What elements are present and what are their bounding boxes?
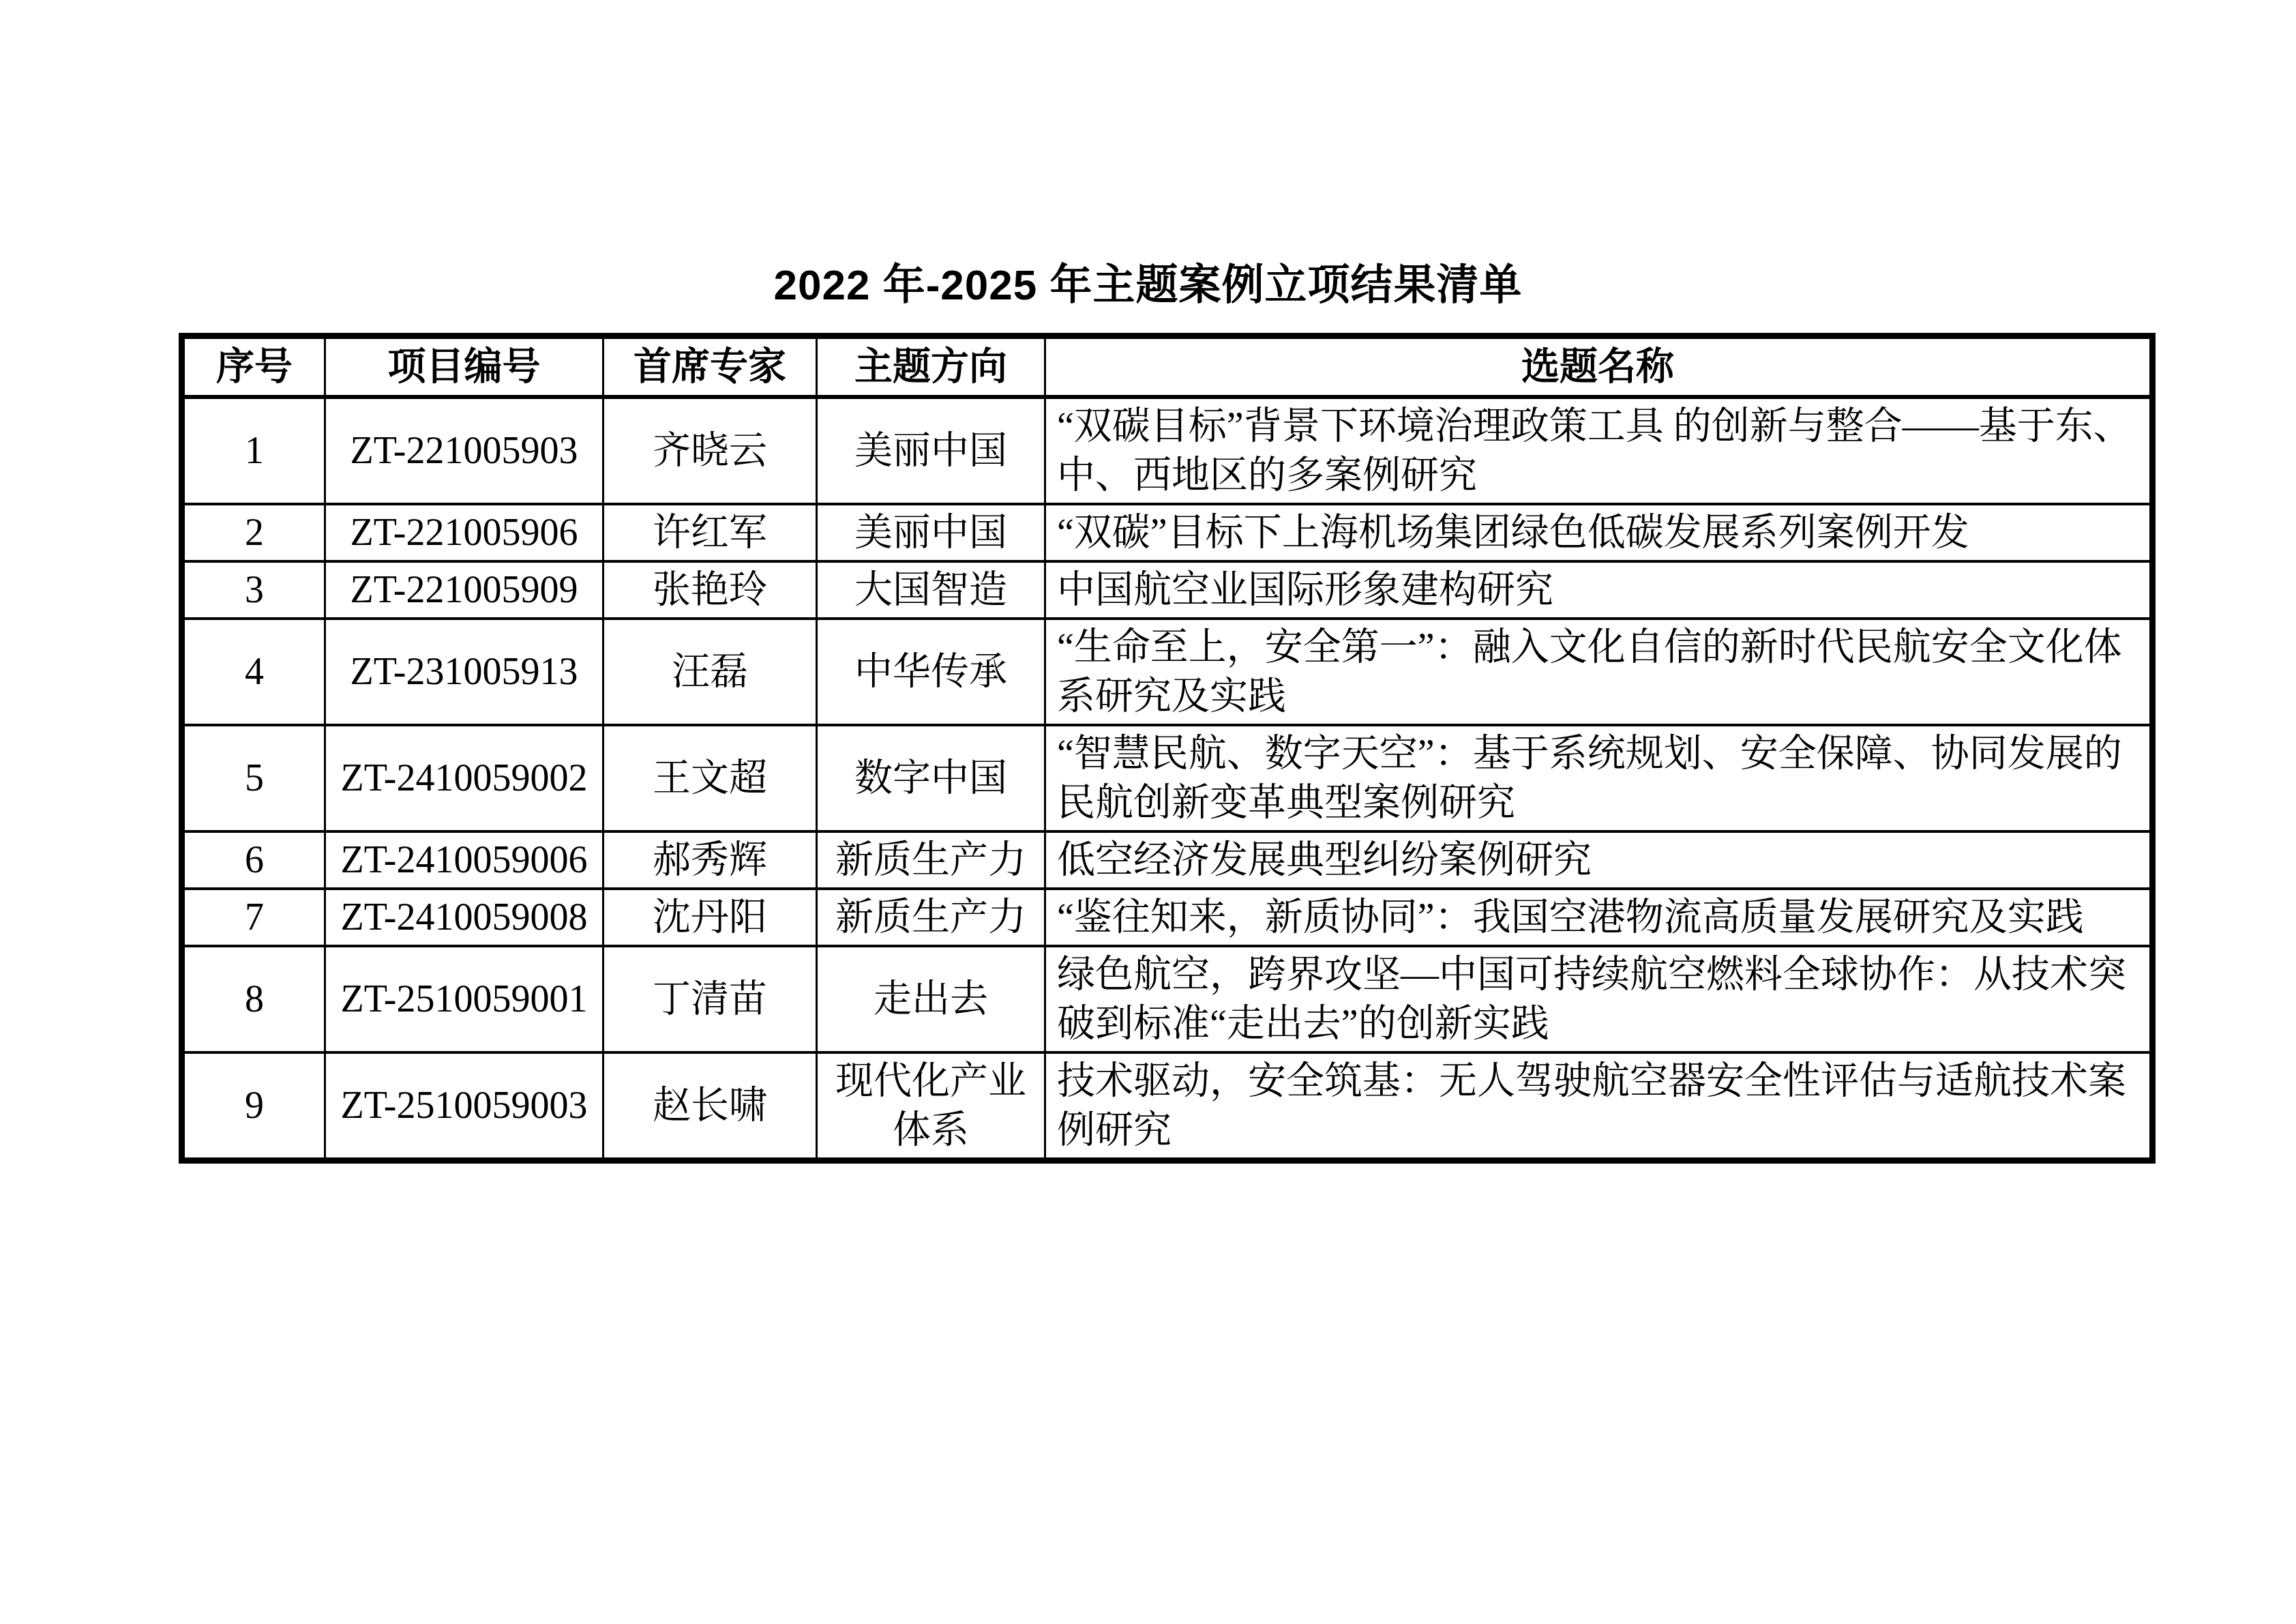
cell-chief-expert: 郝秀辉 [603,831,817,889]
cell-seq: 7 [182,889,325,946]
table-row: 5 ZT-2410059002 王文超 数字中国 “智慧民航、数字天空”：基于系… [182,725,2153,831]
cell-theme-direction: 走出去 [817,946,1045,1052]
cell-project-id: ZT-221005903 [325,397,603,504]
cell-topic-name: “智慧民航、数字天空”：基于系统规划、安全保障、协同发展的民航创新变革典型案例研… [1045,725,2153,831]
cell-project-id: ZT-2410059006 [325,831,603,889]
cell-topic-name: 技术驱动，安全筑基：无人驾驶航空器安全性评估与适航技术案例研究 [1045,1052,2153,1161]
cell-topic-name: 中国航空业国际形象建构研究 [1045,561,2153,619]
results-table: 序号 项目编号 首席专家 主题方向 选题名称 1 ZT-221005903 齐晓… [179,333,2156,1164]
cell-chief-expert: 丁清苗 [603,946,817,1052]
cell-topic-name: “生命至上，安全第一”：融入文化自信的新时代民航安全文化体系研究及实践 [1045,619,2153,725]
table-row: 9 ZT-2510059003 赵长啸 现代化产业体系 技术驱动，安全筑基：无人… [182,1052,2153,1161]
cell-project-id: ZT-2510059001 [325,946,603,1052]
cell-theme-direction: 新质生产力 [817,831,1045,889]
col-header-chief-expert: 首席专家 [603,336,817,398]
table-header-row: 序号 项目编号 首席专家 主题方向 选题名称 [182,336,2153,398]
cell-topic-name: 绿色航空，跨界攻坚—中国可持续航空燃料全球协作：从技术突破到标准“走出去”的创新… [1045,946,2153,1052]
cell-seq: 8 [182,946,325,1052]
cell-seq: 3 [182,561,325,619]
cell-seq: 1 [182,397,325,504]
page-title: 2022 年-2025 年主题案例立项结果清单 [0,262,2296,310]
cell-project-id: ZT-2410059008 [325,889,603,946]
cell-chief-expert: 王文超 [603,725,817,831]
cell-chief-expert: 赵长啸 [603,1052,817,1161]
col-header-theme-direction: 主题方向 [817,336,1045,398]
cell-chief-expert: 张艳玲 [603,561,817,619]
table-row: 2 ZT-221005906 许红军 美丽中国 “双碳”目标下上海机场集团绿色低… [182,504,2153,561]
cell-theme-direction: 大国智造 [817,561,1045,619]
cell-seq: 9 [182,1052,325,1161]
cell-theme-direction: 新质生产力 [817,889,1045,946]
table-row: 7 ZT-2410059008 沈丹阳 新质生产力 “鉴往知来，新质协同”：我国… [182,889,2153,946]
cell-project-id: ZT-221005909 [325,561,603,619]
cell-theme-direction: 数字中国 [817,725,1045,831]
table-row: 3 ZT-221005909 张艳玲 大国智造 中国航空业国际形象建构研究 [182,561,2153,619]
cell-seq: 6 [182,831,325,889]
cell-topic-name: “鉴往知来，新质协同”：我国空港物流高质量发展研究及实践 [1045,889,2153,946]
table-row: 4 ZT-231005913 汪磊 中华传承 “生命至上，安全第一”：融入文化自… [182,619,2153,725]
cell-project-id: ZT-2510059003 [325,1052,603,1161]
cell-project-id: ZT-2410059002 [325,725,603,831]
cell-topic-name: 低空经济发展典型纠纷案例研究 [1045,831,2153,889]
cell-seq: 5 [182,725,325,831]
cell-theme-direction: 中华传承 [817,619,1045,725]
cell-theme-direction: 美丽中国 [817,397,1045,504]
cell-theme-direction: 现代化产业体系 [817,1052,1045,1161]
col-header-topic-name: 选题名称 [1045,336,2153,398]
document-page: 2022 年-2025 年主题案例立项结果清单 序号 项目编号 首席专家 主题方… [0,0,2296,1624]
cell-chief-expert: 齐晓云 [603,397,817,504]
cell-topic-name: “双碳”目标下上海机场集团绿色低碳发展系列案例开发 [1045,504,2153,561]
table-row: 1 ZT-221005903 齐晓云 美丽中国 “双碳目标”背景下环境治理政策工… [182,397,2153,504]
cell-project-id: ZT-231005913 [325,619,603,725]
col-header-project-id: 项目编号 [325,336,603,398]
cell-project-id: ZT-221005906 [325,504,603,561]
col-header-seq: 序号 [182,336,325,398]
cell-chief-expert: 沈丹阳 [603,889,817,946]
table-row: 6 ZT-2410059006 郝秀辉 新质生产力 低空经济发展典型纠纷案例研究 [182,831,2153,889]
cell-chief-expert: 许红军 [603,504,817,561]
table-row: 8 ZT-2510059001 丁清苗 走出去 绿色航空，跨界攻坚—中国可持续航… [182,946,2153,1052]
cell-seq: 2 [182,504,325,561]
cell-seq: 4 [182,619,325,725]
cell-theme-direction: 美丽中国 [817,504,1045,561]
cell-chief-expert: 汪磊 [603,619,817,725]
cell-topic-name: “双碳目标”背景下环境治理政策工具 的创新与整合——基于东、中、西地区的多案例研… [1045,397,2153,504]
